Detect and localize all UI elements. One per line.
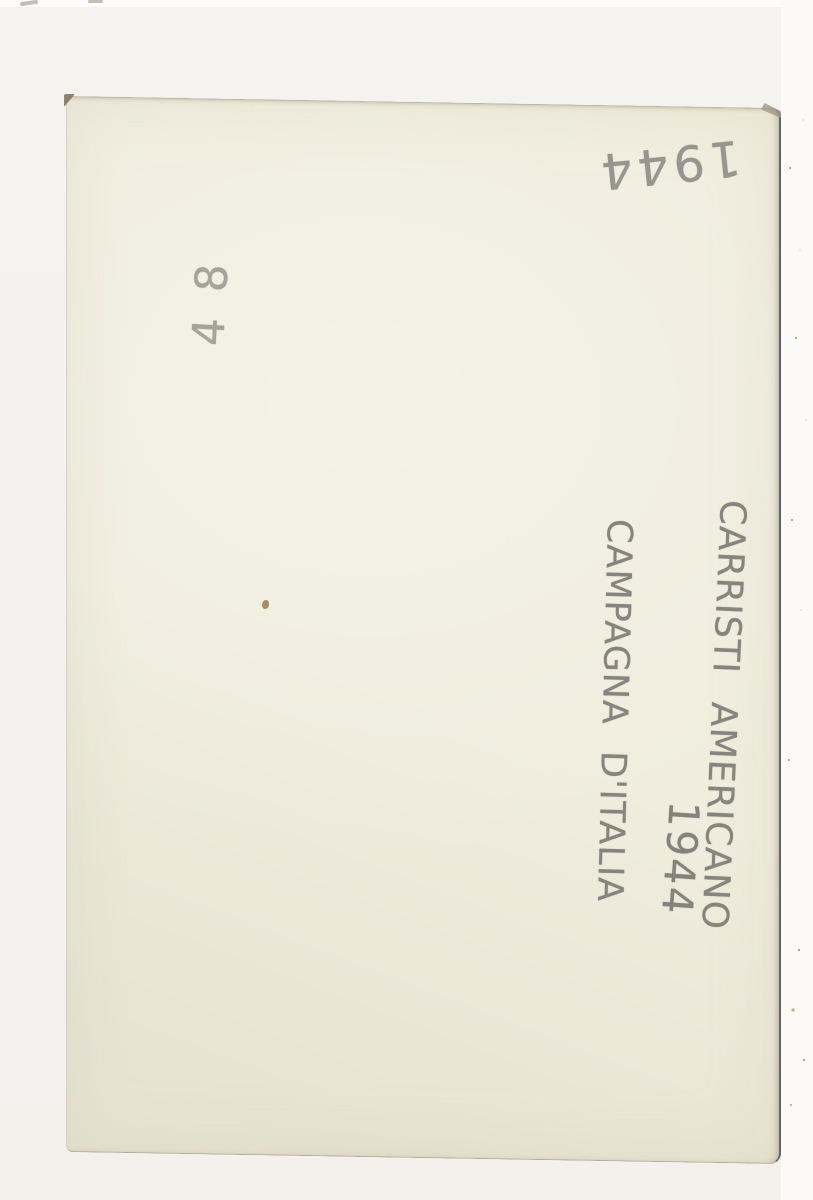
scan-smudge xyxy=(88,0,103,3)
scan-right-margin xyxy=(781,0,813,1200)
inscription-caption-line2: 1944 xyxy=(652,799,709,917)
inscription-side-number: 48 xyxy=(183,237,240,348)
photo-verso-card xyxy=(66,96,781,1164)
scanner-bed-top-strip xyxy=(0,0,813,7)
